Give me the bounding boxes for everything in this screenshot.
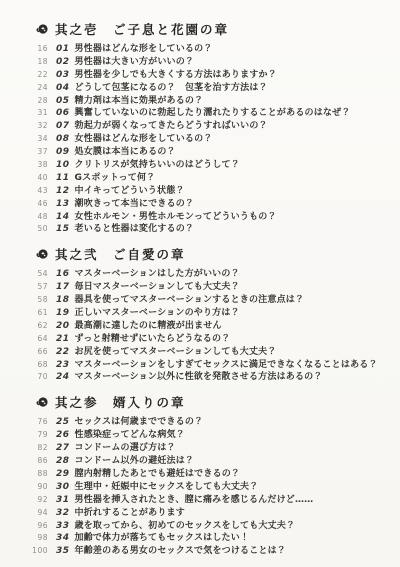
toc-item: 96 33 歳を取ってから、初めてのセックスをしても大丈夫？ [30, 520, 382, 533]
question-text: 加齢で体力が落ちてもセックスはしたい！ [75, 532, 250, 545]
section-header: 其之参 婿入りの章 [36, 393, 382, 411]
question-text: 男性器はどんな形をしているの？ [75, 43, 213, 56]
page-number: 18 [30, 56, 48, 69]
question-text: 潮吹きって本当にできるの？ [75, 198, 195, 211]
toc-item: 58 18 器具を使ってマスターベーションするときの注意点は？ [30, 294, 382, 307]
question-number: 09 [56, 146, 70, 159]
question-text: 年齢差のある男女のセックスで気をつけることは？ [75, 545, 287, 558]
page-number: 48 [30, 211, 48, 224]
toc-item: 40 11 Gスポットって何？ [30, 172, 382, 185]
question-text: マスターベーションはした方がいいの？ [75, 268, 240, 281]
question-number: 24 [56, 371, 70, 384]
question-text: どうして包茎になるの？ 包茎を治す方法は？ [75, 82, 268, 95]
question-number: 15 [56, 223, 70, 236]
page-number: 64 [30, 333, 48, 346]
question-number: 32 [56, 507, 70, 520]
section-title: 其之参 婿入りの章 [55, 393, 186, 411]
toc-item: 62 20 最高潮に達したのに精液が出ません [30, 320, 382, 333]
question-text: コンドーム以外の避妊法は？ [75, 455, 195, 468]
toc-item: 54 16 マスターベーションはした方がいいの？ [30, 268, 382, 281]
question-text: お尻を使ってマスターベーションしても大丈夫？ [75, 346, 277, 359]
toc-item: 90 30 生理中・妊娠中にセックスをしても大丈夫？ [30, 481, 382, 494]
question-text: 中折れすることがあります [75, 507, 185, 520]
toc-item: 94 32 中折れすることがあります [30, 507, 382, 520]
section-title: 其之壱 ご子息と花園の章 [55, 20, 229, 38]
section-title: 其之弐 ご自愛の章 [55, 245, 186, 263]
question-number: 08 [56, 133, 70, 146]
question-number: 07 [56, 120, 70, 133]
question-text: 正しいマスターベーションのやり方は？ [75, 307, 240, 320]
question-text: 毎日マスターベーションしても大丈夫？ [75, 281, 240, 294]
toc-item: 79 26 性感染症ってどんな病気？ [30, 429, 382, 442]
question-text: 精力剤は本当に効果があるの？ [75, 95, 204, 108]
question-number: 34 [56, 532, 70, 545]
question-text: 女性器はどんな形をしているの？ [75, 133, 213, 146]
question-number: 02 [56, 56, 70, 69]
toc-section: 其之参 婿入りの章 76 25 セックスは何歳までできるの？ 79 26 性感染… [30, 393, 382, 558]
page-number: 43 [30, 185, 48, 198]
page-number: 100 [30, 545, 48, 558]
question-number: 29 [56, 468, 70, 481]
toc-item: 57 17 毎日マスターベーションしても大丈夫？ [30, 281, 382, 294]
toc-item: 70 24 マスターベーション以外に性欲を発散させる方法はあるの？ [30, 371, 382, 384]
section-header: 其之壱 ご子息と花園の章 [36, 20, 382, 38]
question-text: セックスは何歳までできるの？ [75, 416, 204, 429]
toc-item: 22 03 男性器を少しでも大きくする方法はありますか？ [30, 69, 382, 82]
question-number: 16 [56, 268, 70, 281]
question-number: 04 [56, 82, 70, 95]
question-number: 27 [56, 442, 70, 455]
question-text: 女性ホルモン・男性ホルモンってどういうもの？ [75, 211, 277, 224]
toc-item: 31 06 興奮していないのに勃起したり濡れたりすることがあるのはなぜ？ [30, 107, 382, 120]
toc-item: 34 08 女性器はどんな形をしているの？ [30, 133, 382, 146]
question-text: 生理中・妊娠中にセックスをしても大丈夫？ [75, 481, 259, 494]
section-items: 16 01 男性器はどんな形をしているの？ 18 02 男性器は大きい方がいいの… [30, 43, 382, 236]
question-number: 20 [56, 320, 70, 333]
question-text: 老いると性器は変化するの？ [75, 223, 195, 236]
question-text: 男性器を挿入されたとき、膣に痛みを感じるんだけど…… [75, 494, 314, 507]
toc-item: 64 21 ずっと射精せずにいたらどうなるの？ [30, 333, 382, 346]
question-text: 性感染症ってどんな病気？ [75, 429, 185, 442]
question-number: 18 [56, 294, 70, 307]
page-number: 62 [30, 320, 48, 333]
page-number: 28 [30, 95, 48, 108]
toc-item: 82 27 コンドームの選び方は？ [30, 442, 382, 455]
section-items: 54 16 マスターベーションはした方がいいの？ 57 17 毎日マスターベーシ… [30, 268, 382, 384]
page-number: 96 [30, 520, 48, 533]
question-text: コンドームの選び方は？ [75, 442, 176, 455]
page-number: 22 [30, 69, 48, 82]
question-text: 興奮していないのに勃起したり濡れたりすることがあるのはなぜ？ [75, 107, 351, 120]
page-number: 24 [30, 82, 48, 95]
page-number: 50 [30, 223, 48, 236]
question-text: ずっと射精せずにいたらどうなるの？ [75, 333, 231, 346]
page-number: 79 [30, 429, 48, 442]
toc-page: 其之壱 ご子息と花園の章 16 01 男性器はどんな形をしているの？ 18 02… [0, 0, 400, 567]
page-number: 76 [30, 416, 48, 429]
question-number: 25 [56, 416, 70, 429]
toc-item: 92 31 男性器を挿入されたとき、膣に痛みを感じるんだけど…… [30, 494, 382, 507]
toc-item: 86 28 コンドーム以外の避妊法は？ [30, 455, 382, 468]
page-number: 92 [30, 494, 48, 507]
question-number: 05 [56, 95, 70, 108]
page-number: 57 [30, 281, 48, 294]
question-text: 中イキってどういう状態？ [75, 185, 185, 198]
question-number: 10 [56, 159, 70, 172]
question-text: マスターベーションをしすぎてセックスに満足できなくなることはある？ [75, 359, 378, 372]
question-text: マスターベーション以外に性欲を発散させる方法はあるの？ [75, 371, 323, 384]
question-number: 28 [56, 455, 70, 468]
toc-item: 88 29 膣内射精したあとでも避妊はできるの？ [30, 468, 382, 481]
page-number: 31 [30, 107, 48, 120]
toc-item: 16 01 男性器はどんな形をしているの？ [30, 43, 382, 56]
page-number: 54 [30, 268, 48, 281]
question-number: 17 [56, 281, 70, 294]
toc-item: 32 07 勃起力が弱くなってきたらどうすればいいの？ [30, 120, 382, 133]
page-number: 82 [30, 442, 48, 455]
section-items: 76 25 セックスは何歳までできるの？ 79 26 性感染症ってどんな病気？ … [30, 416, 382, 558]
page-number: 58 [30, 294, 48, 307]
question-number: 22 [56, 346, 70, 359]
toc-item: 38 10 クリトリスが気持ちいいのはどうして？ [30, 159, 382, 172]
section-crest-icon [36, 248, 49, 260]
toc-item: 66 22 お尻を使ってマスターベーションしても大丈夫？ [30, 346, 382, 359]
page-number: 32 [30, 120, 48, 133]
question-number: 30 [56, 481, 70, 494]
page-number: 88 [30, 468, 48, 481]
question-number: 33 [56, 520, 70, 533]
question-number: 06 [56, 107, 70, 120]
question-number: 13 [56, 198, 70, 211]
page-number: 40 [30, 172, 48, 185]
question-number: 31 [56, 494, 70, 507]
question-number: 03 [56, 69, 70, 82]
section-crest-icon [36, 23, 49, 35]
toc-item: 46 13 潮吹きって本当にできるの？ [30, 198, 382, 211]
page-number: 61 [30, 307, 48, 320]
toc-item: 76 25 セックスは何歳までできるの？ [30, 416, 382, 429]
question-text: 最高潮に達したのに精液が出ません [75, 320, 222, 333]
toc-item: 37 09 処女膜は本当にあるの？ [30, 146, 382, 159]
page-number: 16 [30, 43, 48, 56]
question-number: 14 [56, 211, 70, 224]
question-number: 11 [56, 172, 70, 185]
question-text: 男性器は大きい方がいいの？ [75, 56, 195, 69]
toc-item: 43 12 中イキってどういう状態？ [30, 185, 382, 198]
section-header: 其之弐 ご自愛の章 [36, 245, 382, 263]
page-number: 70 [30, 371, 48, 384]
page-number: 90 [30, 481, 48, 494]
question-number: 12 [56, 185, 70, 198]
question-text: 膣内射精したあとでも避妊はできるの？ [75, 468, 241, 481]
sections: 其之壱 ご子息と花園の章 16 01 男性器はどんな形をしているの？ 18 02… [30, 20, 382, 558]
toc-item: 100 35 年齢差のある男女のセックスで気をつけることは？ [30, 545, 382, 558]
toc-section: 其之弐 ご自愛の章 54 16 マスターベーションはした方がいいの？ 57 17… [30, 245, 382, 384]
toc-item: 24 04 どうして包茎になるの？ 包茎を治す方法は？ [30, 82, 382, 95]
question-text: 勃起力が弱くなってきたらどうすればいいの？ [75, 120, 268, 133]
page-number: 94 [30, 507, 48, 520]
page-number: 34 [30, 133, 48, 146]
question-text: Gスポットって何？ [75, 172, 156, 185]
toc-item: 50 15 老いると性器は変化するの？ [30, 223, 382, 236]
section-crest-icon [36, 396, 49, 408]
question-text: 器具を使ってマスターベーションするときの注意点は？ [75, 294, 305, 307]
toc-item: 68 23 マスターベーションをしすぎてセックスに満足できなくなることはある？ [30, 359, 382, 372]
page-number: 66 [30, 346, 48, 359]
question-text: クリトリスが気持ちいいのはどうして？ [75, 159, 240, 172]
toc-item: 18 02 男性器は大きい方がいいの？ [30, 56, 382, 69]
question-number: 35 [56, 545, 70, 558]
question-text: 処女膜は本当にあるの？ [75, 146, 176, 159]
question-number: 21 [56, 333, 70, 346]
question-number: 26 [56, 429, 70, 442]
page-number: 68 [30, 359, 48, 372]
question-text: 歳を取ってから、初めてのセックスをしても大丈夫？ [75, 520, 296, 533]
page-number: 37 [30, 146, 48, 159]
page-number: 98 [30, 532, 48, 545]
toc-item: 48 14 女性ホルモン・男性ホルモンってどういうもの？ [30, 211, 382, 224]
question-number: 19 [56, 307, 70, 320]
page-number: 86 [30, 455, 48, 468]
toc-item: 61 19 正しいマスターベーションのやり方は？ [30, 307, 382, 320]
toc-section: 其之壱 ご子息と花園の章 16 01 男性器はどんな形をしているの？ 18 02… [30, 20, 382, 236]
toc-item: 98 34 加齢で体力が落ちてもセックスはしたい！ [30, 532, 382, 545]
question-number: 23 [56, 359, 70, 372]
toc-item: 28 05 精力剤は本当に効果があるの？ [30, 95, 382, 108]
page-number: 38 [30, 159, 48, 172]
question-number: 01 [56, 43, 70, 56]
page-number: 46 [30, 198, 48, 211]
question-text: 男性器を少しでも大きくする方法はありますか？ [75, 69, 277, 82]
